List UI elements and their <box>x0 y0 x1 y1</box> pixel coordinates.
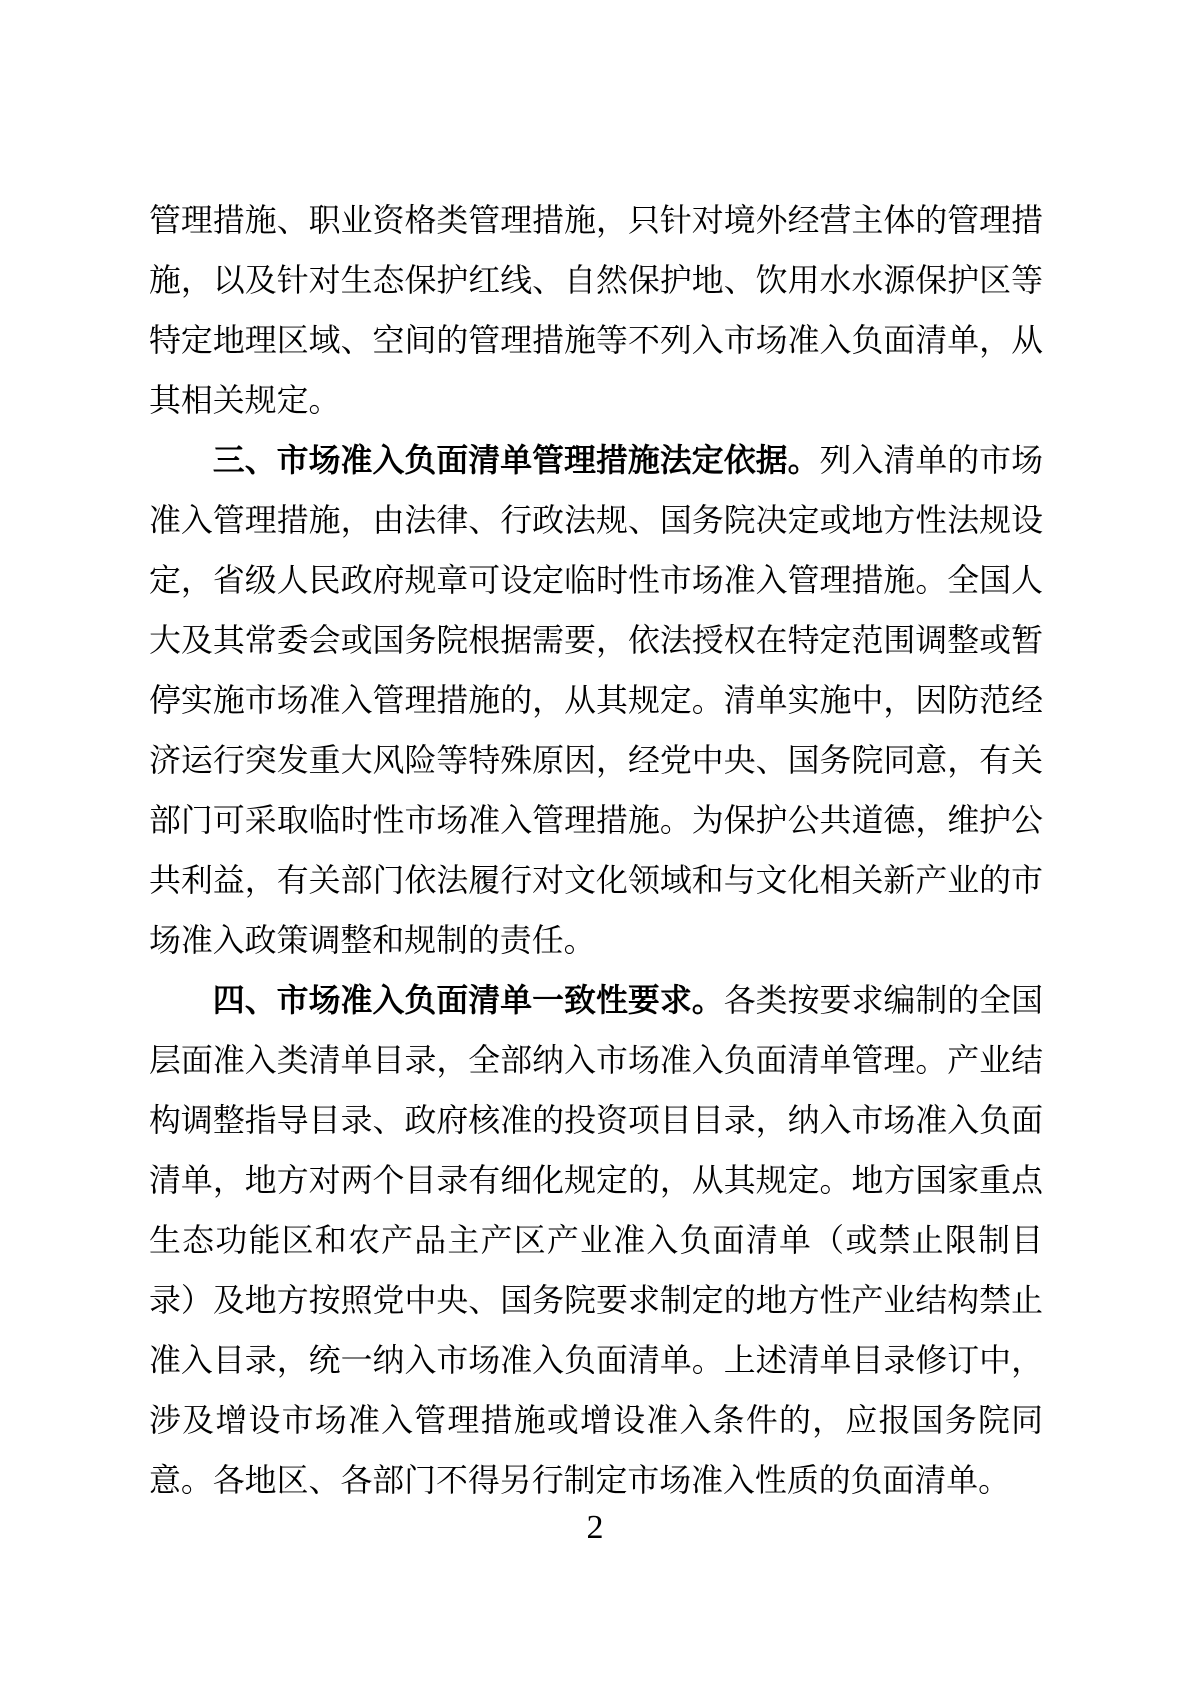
paragraph-text: 各类按要求编制的全国层面准入类清单目录，全部纳入市场准入负面清单管理。产业结构调… <box>149 981 1043 1499</box>
paragraph-section-3: 三、市场准入负面清单管理措施法定依据。列入清单的市场准入管理措施，由法律、行政法… <box>149 430 1043 970</box>
document-body: 管理措施、职业资格类管理措施，只针对境外经营主体的管理措施，以及针对生态保护红线… <box>149 190 1043 1510</box>
section-heading: 四、市场准入负面清单一致性要求。 <box>213 982 724 1018</box>
page-number: 2 <box>0 1508 1190 1548</box>
document-page: 管理措施、职业资格类管理措施，只针对境外经营主体的管理措施，以及针对生态保护红线… <box>0 0 1190 1683</box>
paragraph-continuation: 管理措施、职业资格类管理措施，只针对境外经营主体的管理措施，以及针对生态保护红线… <box>149 190 1043 430</box>
paragraph-text: 列入清单的市场准入管理措施，由法律、行政法规、国务院决定或地方性法规设定，省级人… <box>149 441 1043 959</box>
paragraph-text: 管理措施、职业资格类管理措施，只针对境外经营主体的管理措施，以及针对生态保护红线… <box>149 201 1043 419</box>
section-heading: 三、市场准入负面清单管理措施法定依据。 <box>213 442 820 478</box>
paragraph-section-4: 四、市场准入负面清单一致性要求。各类按要求编制的全国层面准入类清单目录，全部纳入… <box>149 970 1043 1510</box>
